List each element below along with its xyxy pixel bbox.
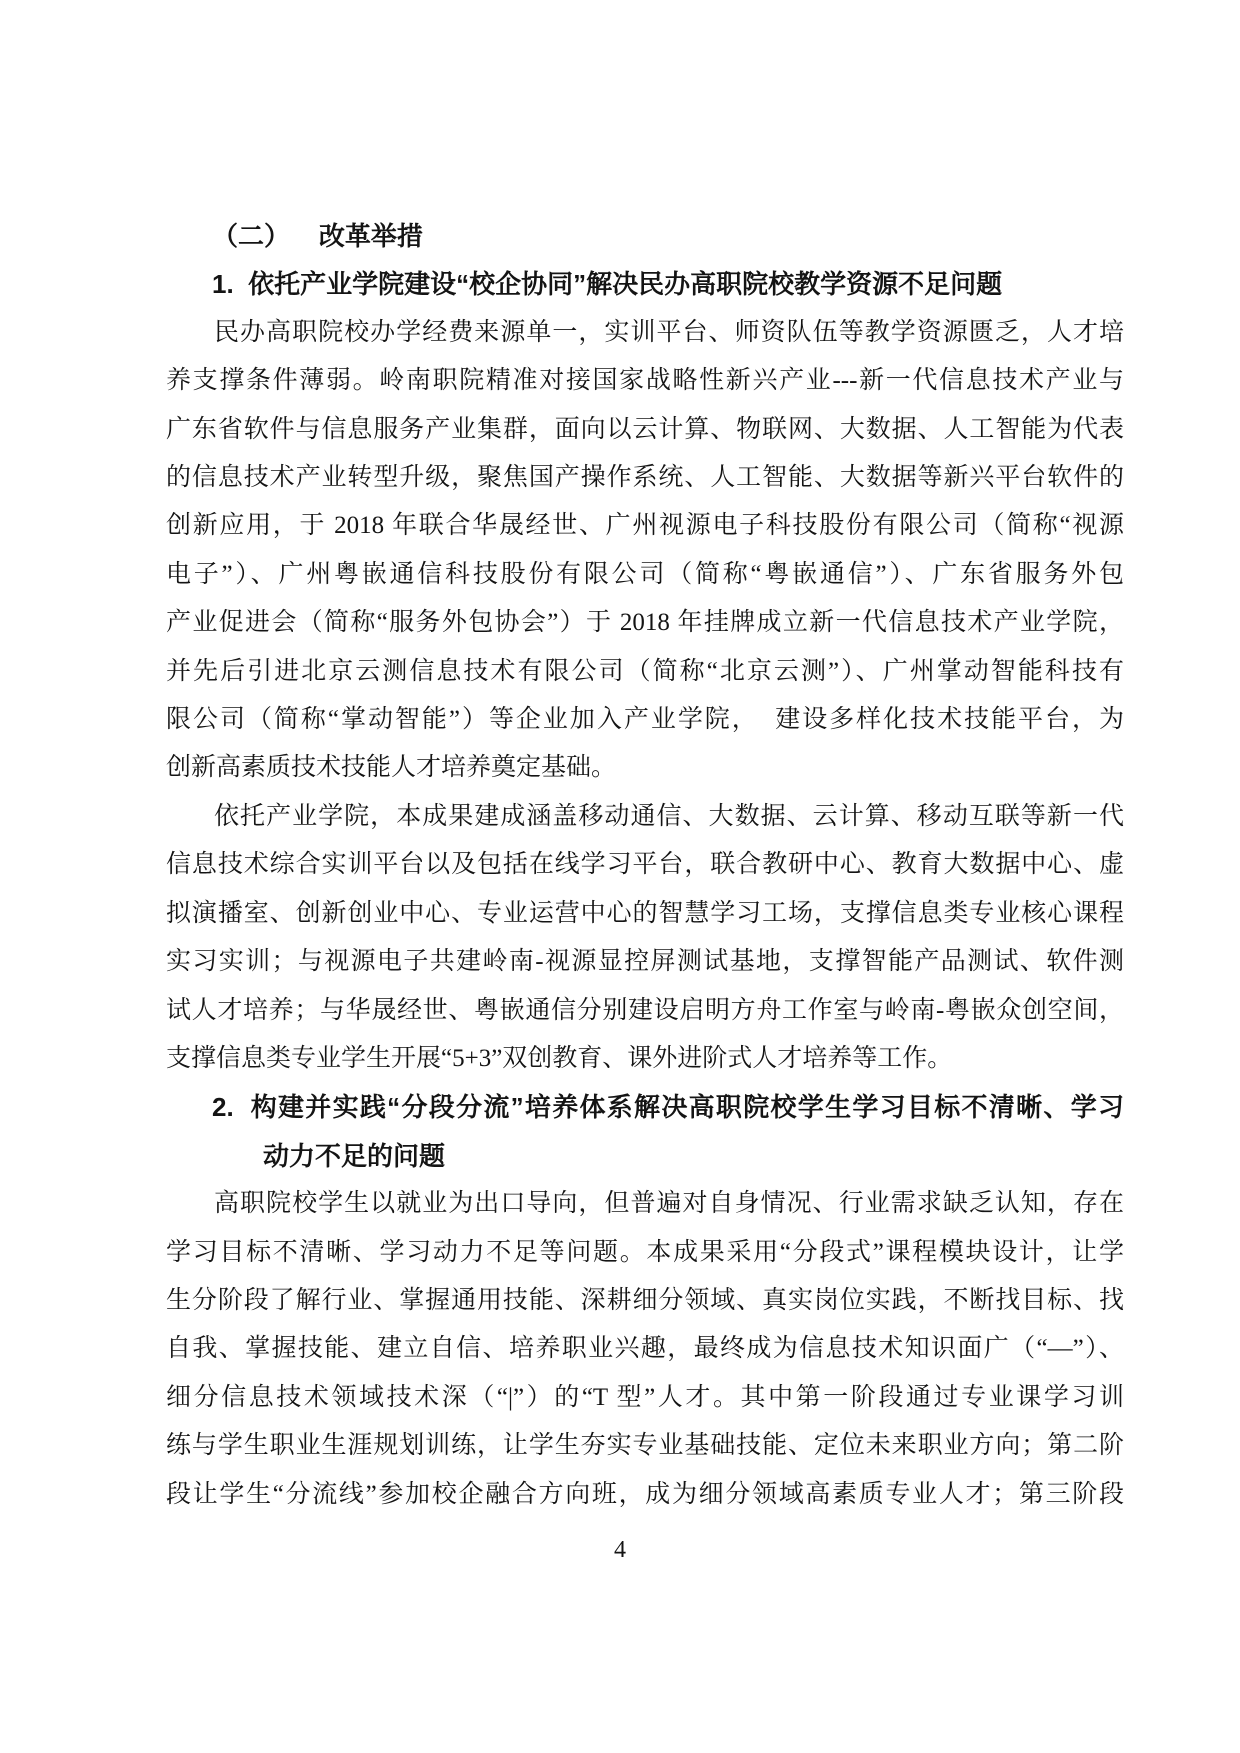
- paragraph-1-line: 创新高素质技术技能人才培养奠定基础。: [166, 744, 1124, 792]
- paragraph-3-line: 高职院校学生以就业为出口导向，但普遍对自身情况、行业需求缺乏认知，存在: [214, 1180, 1124, 1228]
- heading-2-line: 2. 构建并实践“分段分流”培养体系解决高职院校学生学习目标不清晰、学习: [212, 1083, 1124, 1131]
- paragraph-1-line: 并先后引进北京云测信息技术有限公司（简称“北京云测”）、广州掌动智能科技有: [166, 648, 1124, 696]
- paragraph-3-line: 自我、掌握技能、建立自信、培养职业兴趣，最终成为信息技术知识面广（“—”）、: [166, 1325, 1124, 1373]
- paragraph-1-line: 电子”）、广州粤嵌通信科技股份有限公司（简称“粤嵌通信”）、广东省服务外包: [166, 551, 1124, 599]
- section-heading-line: （二） 改革举措: [212, 212, 1124, 260]
- document-body: （二） 改革举措1. 依托产业学院建设“校企协同”解决民办高职院校教学资源不足问…: [166, 212, 1124, 1519]
- heading-1-line: 1. 依托产业学院建设“校企协同”解决民办高职院校教学资源不足问题: [212, 260, 1124, 308]
- paragraph-3-line: 练与学生职业生涯规划训练，让学生夯实专业基础技能、定位未来职业方向；第二阶: [166, 1422, 1124, 1470]
- paragraph-3-line: 细分信息技术领域技术深（“|”）的“T 型”人才。其中第一阶段通过专业课学习训: [166, 1374, 1124, 1422]
- paragraph-2-line: 信息技术综合实训平台以及包括在线学习平台，联合教研中心、教育大数据中心、虚: [166, 841, 1124, 889]
- paragraph-3-line: 段让学生“分流线”参加校企融合方向班，成为细分领域高素质专业人才；第三阶段: [166, 1471, 1124, 1519]
- paragraph-1-line: 民办高职院校办学经费来源单一，实训平台、师资队伍等教学资源匮乏，人才培: [214, 309, 1124, 357]
- paragraph-3-line: 生分阶段了解行业、掌握通用技能、深耕细分领域、真实岗位实践，不断找目标、找: [166, 1277, 1124, 1325]
- heading-2-line: 动力不足的问题: [263, 1132, 1124, 1180]
- paragraph-2-line: 拟演播室、创新创业中心、专业运营中心的智慧学习工场，支撑信息类专业核心课程: [166, 890, 1124, 938]
- paragraph-1-line: 养支撑条件薄弱。岭南职院精准对接国家战略性新兴产业---新一代信息技术产业与: [166, 357, 1124, 405]
- document-page: （二） 改革举措1. 依托产业学院建设“校企协同”解决民办高职院校教学资源不足问…: [0, 0, 1240, 1753]
- paragraph-1-line: 的信息技术产业转型升级，聚焦国产操作系统、人工智能、大数据等新兴平台软件的: [166, 454, 1124, 502]
- paragraph-1-line: 广东省软件与信息服务产业集群，面向以云计算、物联网、大数据、人工智能为代表: [166, 406, 1124, 454]
- page-number: 4: [0, 1535, 1240, 1565]
- paragraph-1-line: 产业促进会（简称“服务外包协会”）于 2018 年挂牌成立新一代信息技术产业学院…: [166, 599, 1124, 647]
- paragraph-1-line: 创新应用，于 2018 年联合华晟经世、广州视源电子科技股份有限公司（简称“视源: [166, 502, 1124, 550]
- paragraph-2-line: 依托产业学院，本成果建成涵盖移动通信、大数据、云计算、移动互联等新一代: [214, 793, 1124, 841]
- paragraph-2-line: 试人才培养；与华晟经世、粤嵌通信分别建设启明方舟工作室与岭南-粤嵌众创空间，: [166, 987, 1124, 1035]
- paragraph-3-line: 学习目标不清晰、学习动力不足等问题。本成果采用“分段式”课程模块设计，让学: [166, 1229, 1124, 1277]
- paragraph-2-line: 实习实训；与视源电子共建岭南-视源显控屏测试基地，支撑智能产品测试、软件测: [166, 938, 1124, 986]
- paragraph-2-line: 支撑信息类专业学生开展“5+3”双创教育、课外进阶式人才培养等工作。: [166, 1035, 1124, 1083]
- paragraph-1-line: 限公司（简称“掌动智能”）等企业加入产业学院， 建设多样化技术技能平台，为: [166, 696, 1124, 744]
